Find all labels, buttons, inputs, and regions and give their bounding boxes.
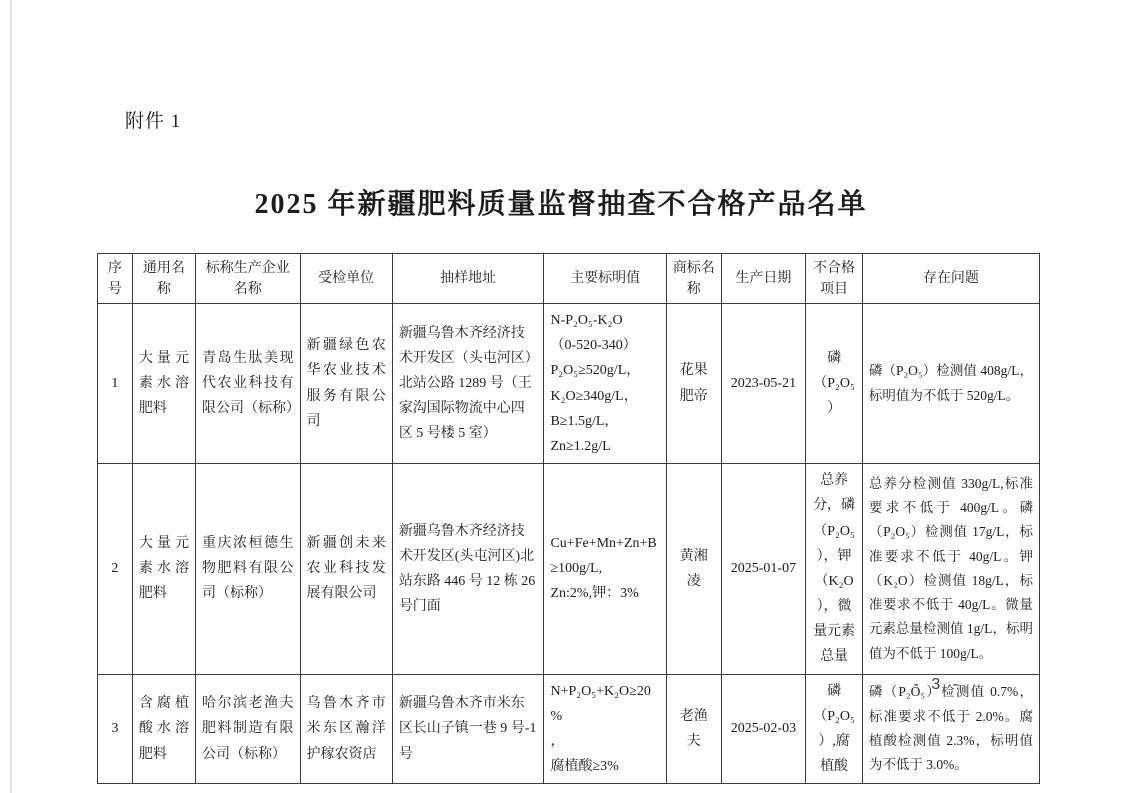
table-row: 2 大量元素水溶肥料 重庆浓桓德生物肥料有限公司（标称） 新疆创未来农业科技发展… — [98, 464, 1040, 675]
cell-problems: 磷（P₂O₅）检测值 408g/L，标明值为不低于 520g/L。 — [862, 304, 1039, 464]
cell-inspected-unit: 新疆绿色农华农业技术服务有限公司 — [300, 304, 392, 464]
attachment-label: 附件 1 — [125, 106, 181, 133]
header-inspected-unit: 受检单位 — [300, 254, 392, 304]
cell-sampling-address: 新疆乌鲁木齐市米东区长山子镇一巷 9 号-1 号 — [392, 674, 544, 784]
cell-trademark: 老渔夫 — [666, 674, 721, 784]
cell-production-date: 2025-01-07 — [721, 464, 806, 675]
page-number: - 3 - — [914, 676, 962, 694]
header-sampling-address: 抽样地址 — [392, 254, 544, 304]
header-seq: 序号 — [98, 254, 133, 304]
cell-trademark: 黄湘凌 — [666, 464, 721, 675]
cell-trademark: 花果肥帝 — [666, 304, 721, 464]
cell-failed-items: 总养分，磷（P₂O₅），钾（K₂O），微量元素总量 — [806, 464, 863, 675]
header-production-date: 生产日期 — [721, 254, 806, 304]
table-row: 3 含腐植酸水溶肥料 哈尔滨老渔夫肥料制造有限公司（标称） 乌鲁木齐市米东区瀚洋… — [98, 674, 1040, 784]
scan-edge-artifact — [10, 0, 12, 793]
cell-failed-items: 磷（P₂O₅）,腐植酸 — [806, 674, 863, 784]
cell-inspected-unit: 乌鲁木齐市米东区瀚洋护稼农资店 — [300, 674, 392, 784]
cell-inspected-unit: 新疆创未来农业科技发展有限公司 — [300, 464, 392, 675]
cell-sampling-address: 新疆乌鲁木齐经济技术开发区(头屯河区)北站东路 446 号 12 栋 26 号门… — [392, 464, 544, 675]
cell-failed-items: 磷（P₂O₅） — [806, 304, 863, 464]
cell-seq: 1 — [98, 304, 133, 464]
table-row: 1 大量元素水溶肥料 青岛生肽美现代农业科技有限公司（标称） 新疆绿色农华农业技… — [98, 304, 1040, 464]
cell-sampling-address: 新疆乌鲁木齐经济技术开发区（头屯河区）北站公路 1289 号（王家沟国际物流中心… — [392, 304, 544, 464]
cell-manufacturer: 哈尔滨老渔夫肥料制造有限公司（标称） — [195, 674, 300, 784]
cell-problems: 总养分检测值 330g/L,标准要求不低于 400g/L。磷（P₂O₅）检测值 … — [862, 464, 1039, 675]
cell-seq: 2 — [98, 464, 133, 675]
cell-labeled-values: N+P₂O₅+K₂O≥20% ， 腐植酸≥3% — [544, 674, 666, 784]
header-trademark: 商标名称 — [666, 254, 721, 304]
header-failed-items: 不合格项目 — [806, 254, 863, 304]
cell-labeled-values: Cu+Fe+Mn+Zn+B ≥100g/L, Zn:2%,钾：3% — [544, 464, 666, 675]
products-table: 序号 通用名称 标称生产企业名称 受检单位 抽样地址 主要标明值 商标名称 生产… — [97, 253, 1040, 784]
table-header-row: 序号 通用名称 标称生产企业名称 受检单位 抽样地址 主要标明值 商标名称 生产… — [98, 254, 1040, 304]
cell-generic-name: 大量元素水溶肥料 — [132, 464, 195, 675]
cell-manufacturer: 重庆浓桓德生物肥料有限公司（标称） — [195, 464, 300, 675]
cell-generic-name: 含腐植酸水溶肥料 — [132, 674, 195, 784]
header-generic-name: 通用名称 — [132, 254, 195, 304]
header-problems: 存在问题 — [862, 254, 1039, 304]
cell-production-date: 2025-02-03 — [721, 674, 806, 784]
cell-manufacturer: 青岛生肽美现代农业科技有限公司（标称） — [195, 304, 300, 464]
cell-seq: 3 — [98, 674, 133, 784]
cell-production-date: 2023-05-21 — [721, 304, 806, 464]
cell-generic-name: 大量元素水溶肥料 — [132, 304, 195, 464]
header-labeled-values: 主要标明值 — [544, 254, 666, 304]
document-page: 附件 1 2025 年新疆肥料质量监督抽查不合格产品名单 序号 通用名称 标称生… — [0, 0, 1122, 793]
header-manufacturer: 标称生产企业名称 — [195, 254, 300, 304]
page-title: 2025 年新疆肥料质量监督抽查不合格产品名单 — [0, 182, 1122, 222]
cell-labeled-values: N-P₂O₅-K₂O （0-520-340） P₂O₅≥520g/L， K₂O≥… — [544, 304, 666, 464]
